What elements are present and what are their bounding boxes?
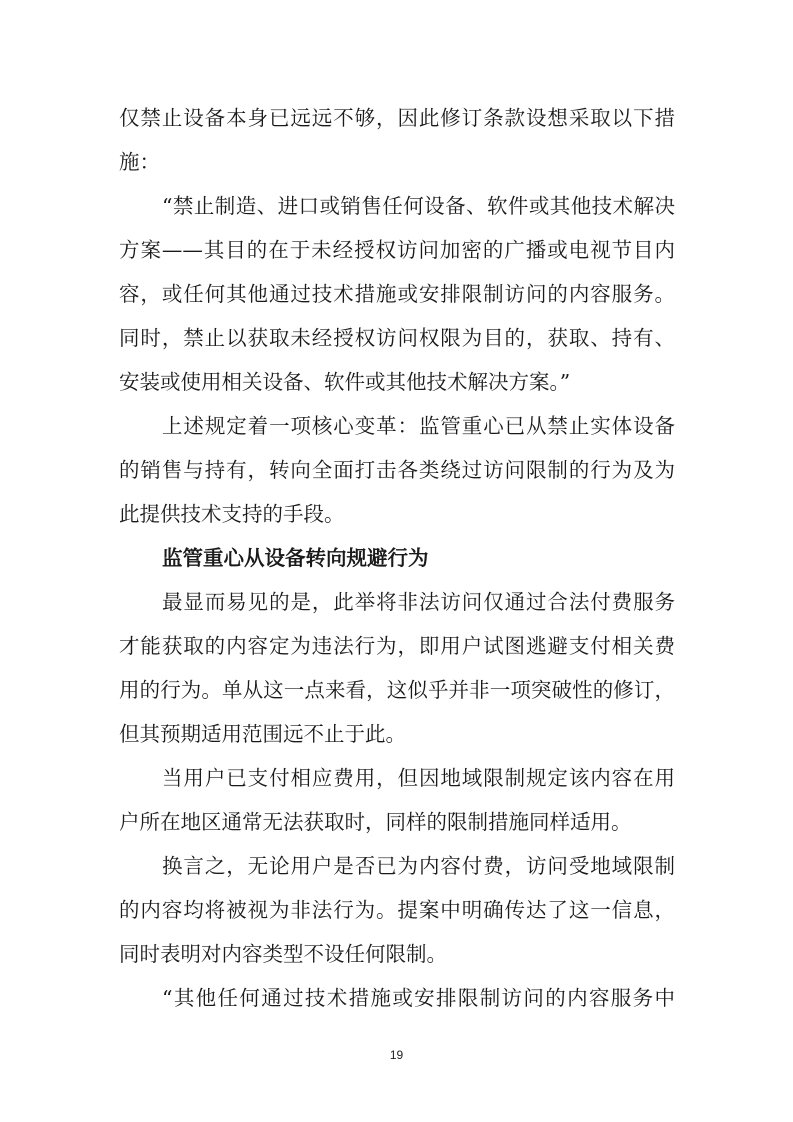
text-line: 但其预期适用范围远不止于此。 <box>119 721 675 747</box>
page-number: 19 <box>0 1048 793 1062</box>
text-line: 当用户已支付相应费用，但因地域限制规定该内容在用 <box>162 765 675 791</box>
text-line: 同时表明对内容类型不设任何限制。 <box>119 941 675 967</box>
text-line: 户所在地区通常无法获取时，同样的限制措施同样适用。 <box>119 809 675 835</box>
text-line: 方案——其目的在于未经授权访问加密的广播或电视节目内 <box>119 237 675 263</box>
text-line: 才能获取的内容定为违法行为，即用户试图逃避支付相关费 <box>119 633 675 659</box>
text-line: 安装或使用相关设备、软件或其他技术解决方案。” <box>119 369 675 395</box>
text-line: 上述规定着一项核心变革：监管重心已从禁止实体设备 <box>162 413 675 439</box>
text-line: 用的行为。单从这一点来看，这似乎并非一项突破性的修订， <box>119 677 675 703</box>
text-line: 的内容均将被视为非法行为。提案中明确传达了这一信息， <box>119 897 675 923</box>
text-line: 仅禁止设备本身已远远不够，因此修订条款设想采取以下措 <box>119 105 675 131</box>
text-line: “其他任何通过技术措施或安排限制访问的内容服务中 <box>162 985 675 1011</box>
text-line: 此提供技术支持的手段。 <box>119 501 675 527</box>
section-heading: 监管重心从设备转向规避行为 <box>162 545 675 571</box>
text-line: 最显而易见的是，此举将非法访问仅通过合法付费服务 <box>162 589 675 615</box>
text-line: “禁止制造、进口或销售任何设备、软件或其他技术解决 <box>162 193 675 219</box>
document-page: 仅禁止设备本身已远远不够，因此修订条款设想采取以下措 施： “禁止制造、进口或销… <box>0 0 793 1122</box>
text-line: 同时，禁止以获取未经授权访问权限为目的，获取、持有、 <box>119 325 675 351</box>
text-line: 施： <box>119 149 675 175</box>
text-line: 的销售与持有，转向全面打击各类绕过访问限制的行为及为 <box>119 457 675 483</box>
text-line: 容，或任何其他通过技术措施或安排限制访问的内容服务。 <box>119 281 675 307</box>
text-line: 换言之，无论用户是否已为内容付费，访问受地域限制 <box>162 853 675 879</box>
